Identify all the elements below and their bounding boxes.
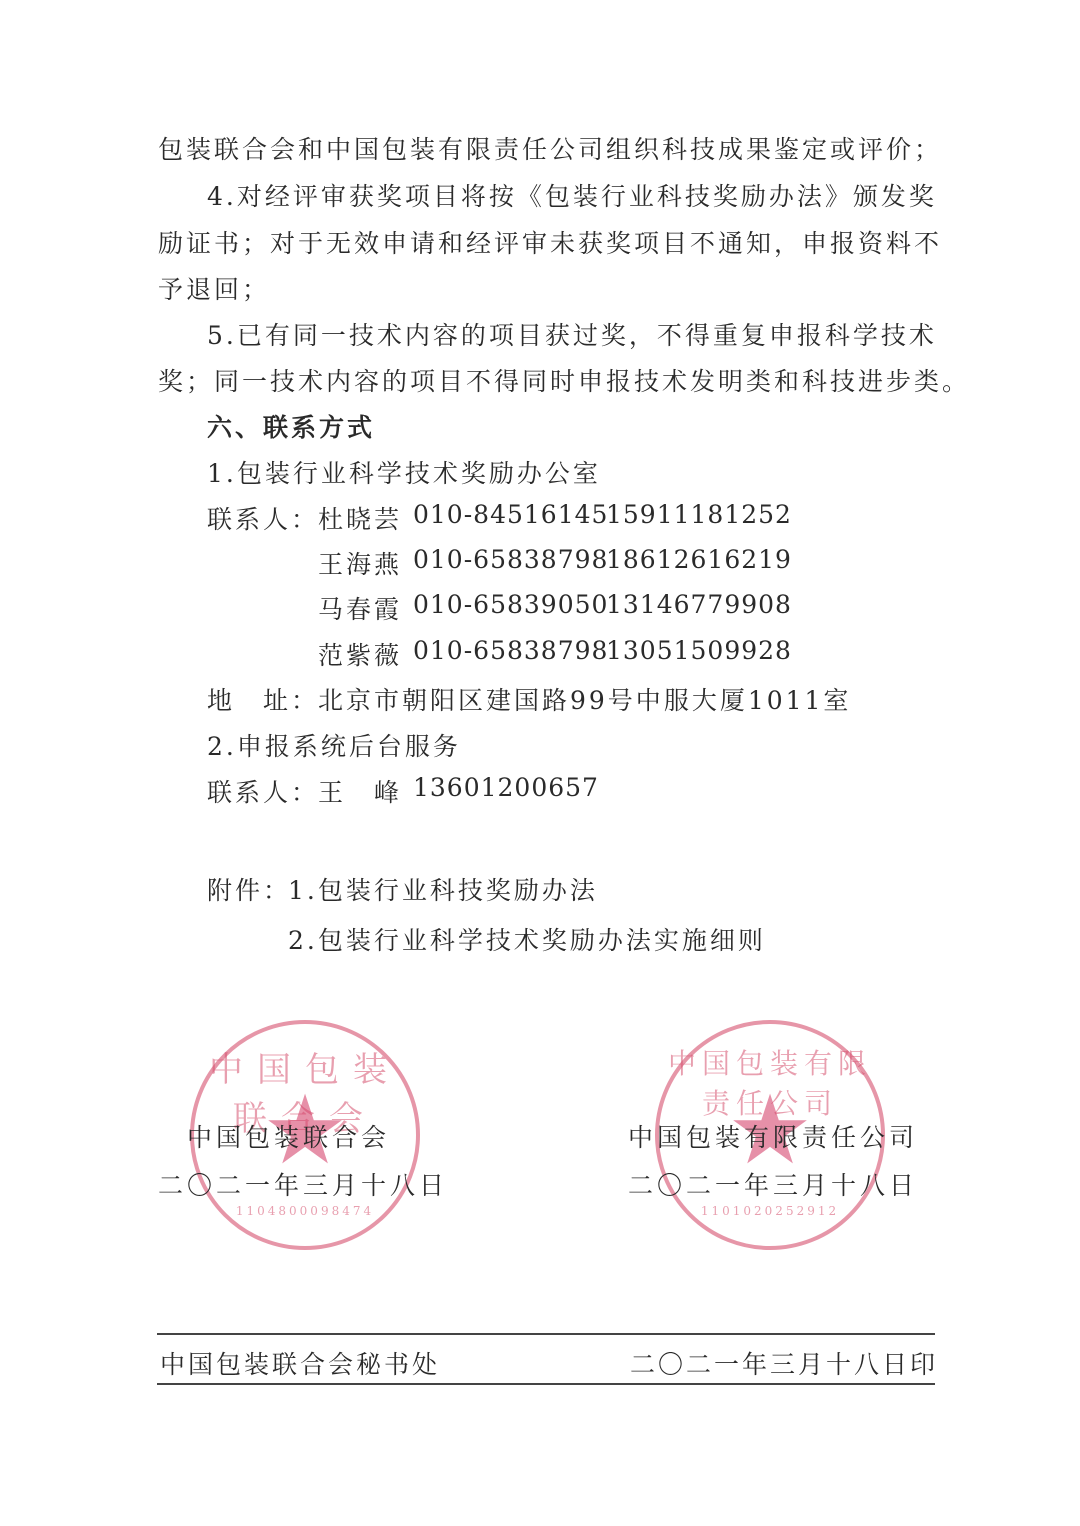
signature-date-association: 二〇二一年三月十八日 — [158, 1166, 448, 1202]
contact-name: 王海燕 — [318, 545, 402, 581]
attachments-label: 附件： — [207, 871, 291, 907]
footer-print-date: 二〇二一年三月十八日印 — [630, 1345, 938, 1381]
contact-name: 马春霞 — [318, 590, 402, 626]
footer-issuer: 中国包装联合会秘书处 — [160, 1345, 440, 1381]
attachment-item: 1.包装行业科技奖励办法 — [288, 871, 598, 907]
paragraph-4-line-1: 4.对经评审获奖项目将按《包装行业科技奖励办法》颁发奖 — [207, 177, 937, 213]
contact-mobile: 18612616219 — [606, 545, 792, 574]
signature-date-company: 二〇二一年三月十八日 — [628, 1166, 918, 1202]
address-label: 地 址： — [207, 681, 319, 717]
contact-name: 杜晓芸 — [318, 500, 402, 536]
paragraph-3-continuation: 包装联合会和中国包装有限责任公司组织科技成果鉴定或评价； — [158, 130, 942, 166]
contact-mobile: 13146779908 — [606, 590, 792, 619]
contact-mobile: 13051509928 — [606, 636, 792, 665]
footer-top-rule — [157, 1333, 935, 1335]
contact-label: 联系人： — [207, 500, 319, 536]
office-title: 1.包装行业科学技术奖励办公室 — [207, 454, 601, 490]
signature-org-association: 中国包装联合会 — [187, 1118, 390, 1154]
seal-code: 1101020252912 — [659, 1204, 881, 1218]
seal-code: 1104800098474 — [194, 1204, 416, 1218]
paragraph-5-line-1: 5.已有同一技术内容的项目获过奖，不得重复申报科学技术 — [207, 316, 937, 352]
signature-org-company: 中国包装有限责任公司 — [628, 1118, 918, 1154]
contact-name: 范紫薇 — [318, 636, 402, 672]
contact-phone: 010-65838798 — [413, 636, 608, 665]
contact-phone: 010-65839050 — [413, 590, 608, 619]
attachment-item: 2.包装行业科学技术奖励办法实施细则 — [288, 921, 766, 957]
backend-contact-mobile: 13601200657 — [413, 773, 599, 802]
paragraph-4-line-2: 励证书；对于无效申请和经评审未获奖项目不通知，申报资料不 — [158, 224, 942, 260]
paragraph-4-line-3: 予退回； — [158, 270, 270, 306]
contact-mobile: 15911181252 — [606, 500, 792, 529]
backend-title: 2.申报系统后台服务 — [207, 727, 461, 763]
paragraph-5-line-2: 奖；同一技术内容的项目不得同时申报技术发明类和科技进步类。 — [158, 362, 970, 398]
address-value: 北京市朝阳区建国路99号中服大厦1011室 — [318, 681, 851, 717]
backend-contact-label: 联系人： — [207, 773, 319, 809]
backend-contact-name: 王 峰 — [318, 773, 402, 809]
section-heading-contact: 六、联系方式 — [207, 408, 375, 444]
footer-bottom-rule — [157, 1383, 935, 1385]
contact-phone: 010-84516145 — [413, 500, 608, 529]
contact-phone: 010-65838798 — [413, 545, 608, 574]
